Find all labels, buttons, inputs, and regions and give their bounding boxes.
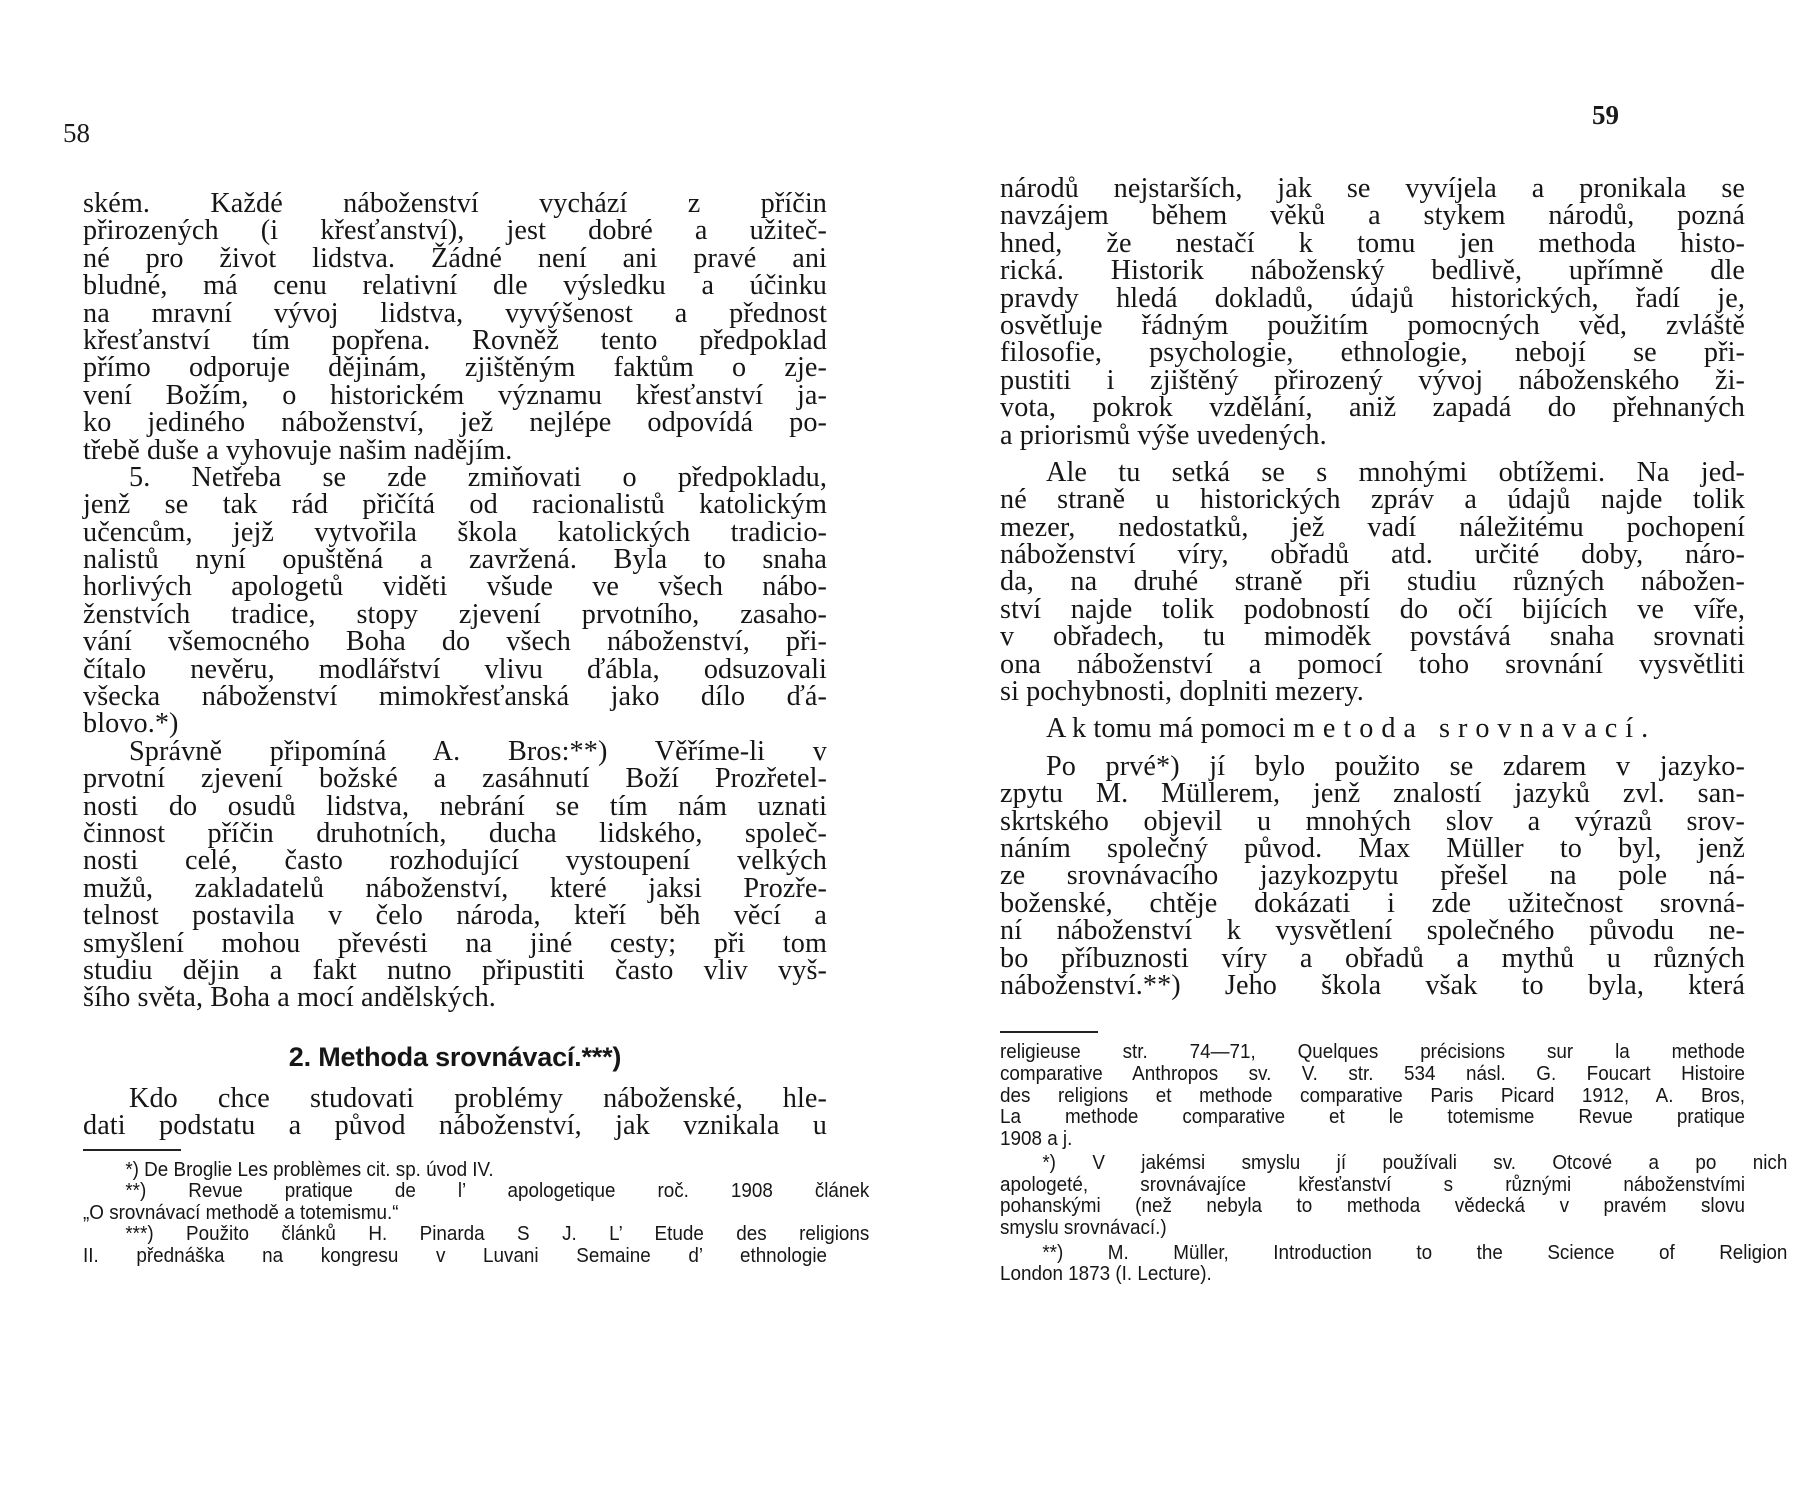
- footnote-line: des religions et methode comparative Par…: [1000, 1085, 1745, 1107]
- text-line: ženstvích tradice, stopy zjevení prvotní…: [83, 601, 827, 628]
- footnotes: religieuse str. 74—71, Quelques précisio…: [1000, 1041, 1745, 1285]
- text-line: ona náboženství a pomocí toho srovnání v…: [1000, 651, 1745, 678]
- text-line: né straně u historických zpráv a údajů n…: [1000, 486, 1745, 513]
- text-span: A k tomu má pomoci: [1046, 713, 1293, 744]
- section-heading: 2. Methoda srovnávací.***): [83, 1037, 827, 1077]
- footnote-line: smyslu srovnávací.): [1000, 1217, 1745, 1239]
- text-line: Kdo chce studovati problémy náboženské, …: [83, 1085, 827, 1112]
- text-line: navzájem během věků a stykem národů, poz…: [1000, 202, 1745, 229]
- text-line: ní náboženství k vysvětlení společného p…: [1000, 917, 1745, 944]
- footnote-line: London 1873 (I. Lecture).: [1000, 1263, 1745, 1285]
- text-line: 5. Netřeba se zde zmiňovati o předpoklad…: [83, 464, 827, 491]
- text-line: studiu dějin a fakt nutno připustiti čas…: [83, 957, 827, 984]
- footnote: **) M. Müller, Introduction to the Scien…: [1000, 1242, 1787, 1264]
- footnotes: *) De Broglie Les problèmes cit. sp. úvo…: [83, 1159, 827, 1267]
- page-number: 58: [63, 118, 90, 149]
- text-line: nosti celé, často rozhodující vystoupení…: [83, 847, 827, 874]
- text-line: blovo.*): [83, 710, 827, 737]
- text-line: náboženství.**) Jeho škola však to byla,…: [1000, 972, 1745, 999]
- text-line: hned, že nestačí k tomu jen methoda hist…: [1000, 230, 1745, 257]
- text-line: v obřadech, tu mimoděk povstává snaha sr…: [1000, 623, 1745, 650]
- left-page: 58 ském. Každé náboženství vychází z pří…: [0, 0, 897, 1500]
- text-line: Ale tu setká se s mnohými obtížemi. Na j…: [1000, 459, 1745, 486]
- body-text: ském. Každé náboženství vychází z příčin…: [83, 190, 827, 1266]
- text-line: přirozených (i křesťanství), jest dobré …: [83, 217, 827, 244]
- text-line: pravdy hledá dokladů, údajů historických…: [1000, 285, 1745, 312]
- text-line: náboženství víry, obřadů atd. určité dob…: [1000, 541, 1745, 568]
- footnote-divider: [1000, 1031, 1098, 1033]
- paragraph: ském. Každé náboženství vychází z příčin…: [83, 190, 827, 464]
- text-line: třebě duše a vyhovuje našim nadějím.: [83, 437, 827, 464]
- text-line: bo příbuznosti víry a obřadů a mythů u r…: [1000, 945, 1745, 972]
- text-line: čítalo nevěru, modlářství vlivu ďábla, o…: [83, 656, 827, 683]
- text-line: telnost postavila v čelo národa, kteří b…: [83, 902, 827, 929]
- text-line: dati podstatu a původ náboženství, jak v…: [83, 1112, 827, 1139]
- text-line: filosofie, psychologie, ethnologie, nebo…: [1000, 339, 1745, 366]
- text-line: prvotní zjevení božské a zasáhnutí Boží …: [83, 765, 827, 792]
- text-line: křesťanství tím popřena. Rovněž tento př…: [83, 327, 827, 354]
- text-line: rická. Historik náboženský bedlivě, upří…: [1000, 257, 1745, 284]
- footnote-line: comparative Anthropos sv. V. str. 534 ná…: [1000, 1063, 1745, 1085]
- text-line: zpytu M. Müllerem, jenž znalostí jazyků …: [1000, 780, 1745, 807]
- text-line: Správně připomíná A. Bros:**) Věříme-li …: [83, 738, 827, 765]
- footnote: **) Revue pratique de l’ apologetique ro…: [83, 1180, 869, 1202]
- footnote-line: La methode comparative et le totemisme R…: [1000, 1106, 1745, 1128]
- emphasis-paragraph: A k tomu má pomoci metoda srovnavací.: [1000, 715, 1745, 742]
- text-line: skrtského objevil u mnohých slov a výraz…: [1000, 808, 1745, 835]
- page-number: 59: [1592, 100, 1619, 131]
- text-line: učencům, jejž vytvořila škola katolickýc…: [83, 519, 827, 546]
- text-line: přímo odporuje dějinám, zjištěným faktům…: [83, 354, 827, 381]
- footnote-line: II. přednáška na kongresu v Luvani Semai…: [83, 1245, 827, 1267]
- text-line: mužů, zakladatelů náboženství, které jak…: [83, 875, 827, 902]
- text-line: ském. Každé náboženství vychází z příčin: [83, 190, 827, 217]
- body-text: národů nejstarších, jak se vyvíjela a pr…: [1000, 175, 1745, 1285]
- text-line: ství najde tolik podobností do očí bijíc…: [1000, 596, 1745, 623]
- footnote-divider: [83, 1149, 181, 1151]
- paragraph: 5. Netřeba se zde zmiňovati o předpoklad…: [83, 464, 827, 738]
- text-line: všecka náboženství mimokřesťanská jako d…: [83, 683, 827, 710]
- right-page: 59 národů nejstarších, jak se vyvíjela a…: [897, 0, 1794, 1500]
- text-line: osvětluje řádným použitím pomocných věd,…: [1000, 312, 1745, 339]
- text-line: Po prvé*) jí bylo použito se zdarem v ja…: [1000, 753, 1745, 780]
- footnote-line: 1908 a j.: [1000, 1128, 1745, 1150]
- text-line: bludné, má cenu relativní dle výsledku a…: [83, 272, 827, 299]
- text-line: vení Božím, o historickém významu křesťa…: [83, 382, 827, 409]
- text-line: horlivých apologetů viděti všude ve všec…: [83, 573, 827, 600]
- paragraph: Po prvé*) jí bylo použito se zdarem v ja…: [1000, 753, 1745, 1000]
- text-line: vání všemocného Boha do všech náboženstv…: [83, 628, 827, 655]
- text-line: né pro život lidstva. Žádné není ani pra…: [83, 245, 827, 272]
- footnote: *) V jakémsi smyslu jí používali sv. Otc…: [1000, 1152, 1787, 1174]
- text-line: smyšlení mohou převésti na jiné cesty; p…: [83, 930, 827, 957]
- text-line: šího světa, Boha a mocí andělských.: [83, 984, 827, 1011]
- text-line: národů nejstarších, jak se vyvíjela a pr…: [1000, 175, 1745, 202]
- text-line: náním společný původ. Max Müller to byl,…: [1000, 835, 1745, 862]
- text-line: nalistů nyní opuštěná a zavržená. Byla t…: [83, 546, 827, 573]
- footnote-line: apologeté, srovnávajíce křesťanství s rů…: [1000, 1174, 1745, 1196]
- footnote: ***) Použito článků H. Pinarda S J. L’ E…: [83, 1223, 869, 1245]
- footnote: *) De Broglie Les problèmes cit. sp. úvo…: [83, 1159, 869, 1181]
- text-line: si pochybnosti, doplniti mezery.: [1000, 678, 1745, 705]
- text-line: ze srovnávacího jazykozpytu přešel na po…: [1000, 862, 1745, 889]
- text-line: vota, pokrok vzdělání, aniž zapadá do př…: [1000, 394, 1745, 421]
- paragraph: Kdo chce studovati problémy náboženské, …: [83, 1085, 827, 1140]
- footnote-line: „O srovnávací methodě a totemismu.“: [83, 1202, 827, 1224]
- text-line: nosti do osudů lidstva, nebrání se tím n…: [83, 793, 827, 820]
- footnote-line: religieuse str. 74—71, Quelques précisio…: [1000, 1041, 1745, 1063]
- text-line: jenž se tak rád přičítá od racionalistů …: [83, 491, 827, 518]
- text-line: na mravní vývoj lidstva, vyvýšenost a př…: [83, 300, 827, 327]
- paragraph: národů nejstarších, jak se vyvíjela a pr…: [1000, 175, 1745, 449]
- footnote-line: pohanskými (než nebyla to methoda vědeck…: [1000, 1195, 1745, 1217]
- text-line: pustiti i zjištěný přirozený vývoj nábož…: [1000, 367, 1745, 394]
- paragraph: Ale tu setká se s mnohými obtížemi. Na j…: [1000, 459, 1745, 706]
- text-line: a priorismů výše uvedených.: [1000, 422, 1745, 449]
- text-line: mezer, nedostatků, jež vadí náležitému p…: [1000, 514, 1745, 541]
- paragraph: Správně připomíná A. Bros:**) Věříme-li …: [83, 738, 827, 1012]
- text-line: boženské, chtěje dokázati i zde užitečno…: [1000, 890, 1745, 917]
- emphasized-term: metoda srovnavací.: [1293, 713, 1656, 744]
- text-line: ko jediného náboženství, jež nejlépe odp…: [83, 409, 827, 436]
- text-line: činnost příčin druhotních, ducha lidskéh…: [83, 820, 827, 847]
- text-line: da, na druhé straně při studiu různých n…: [1000, 568, 1745, 595]
